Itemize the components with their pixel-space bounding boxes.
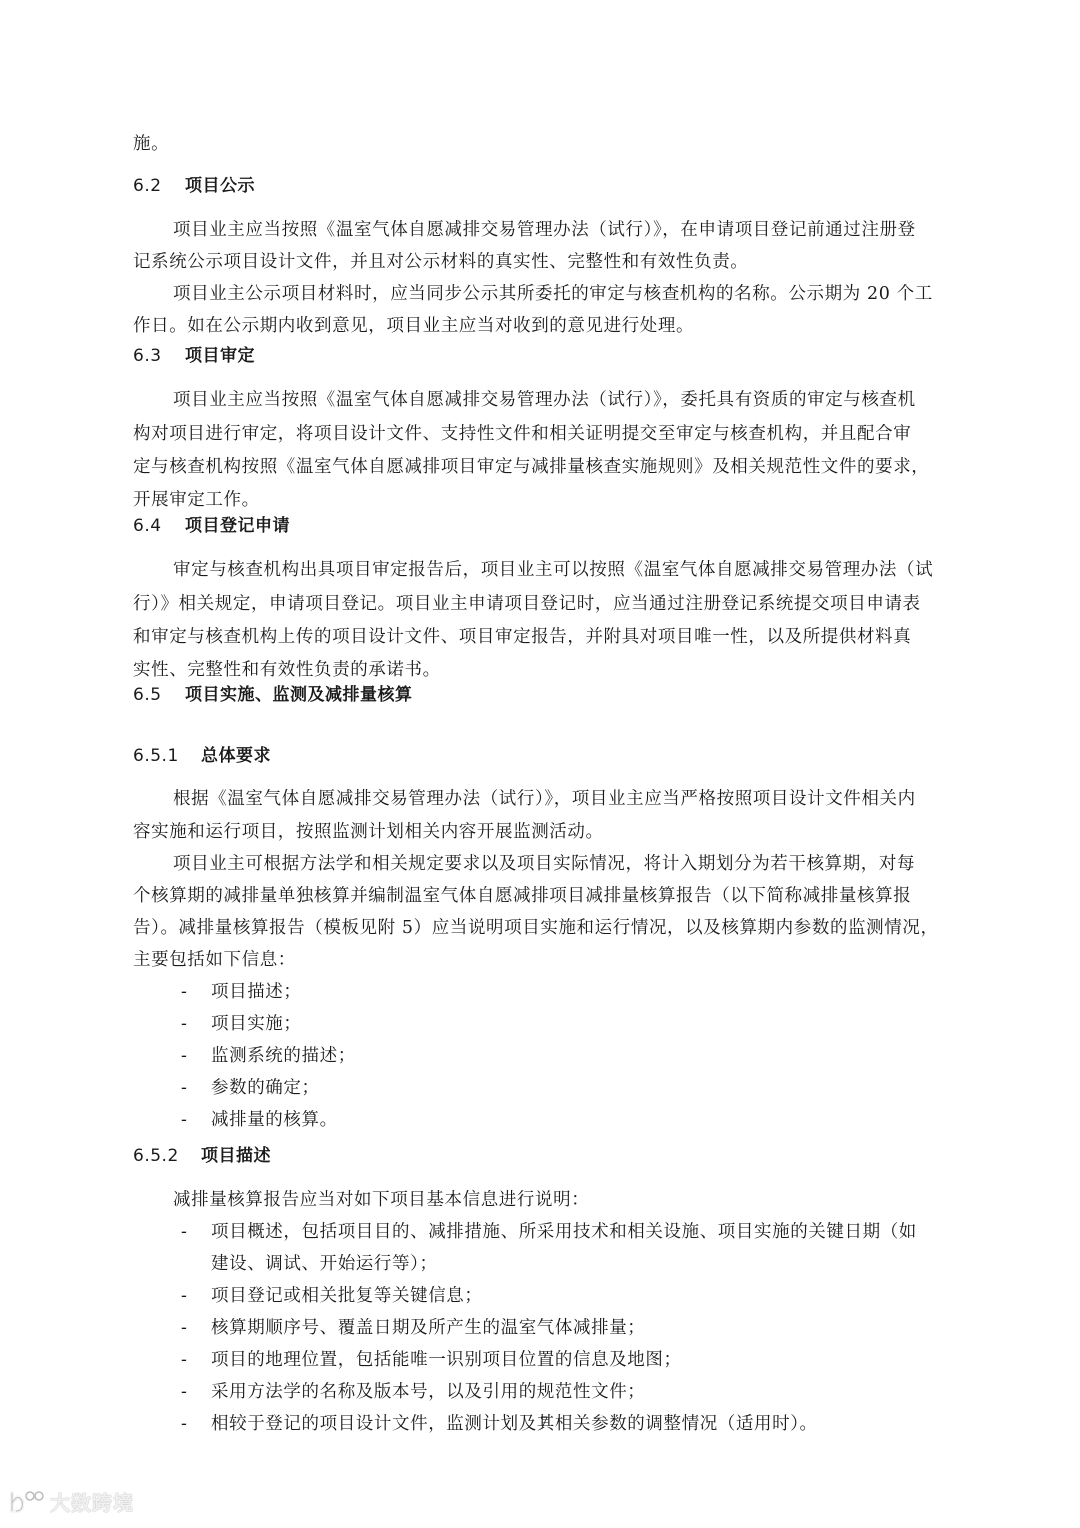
kuajing-logo-icon (8, 1489, 44, 1515)
paragraph-line: 定与核查机构按照《温室气体自愿减排项目审定与减排量核查实施规则》及相关规范性文件… (133, 451, 929, 483)
list-item: -项目实施； (133, 1008, 302, 1040)
paragraph-line: 作日。如在公示期内收到意见，项目业主应当对收到的意见进行处理。 (133, 310, 694, 342)
bullet-dash: - (181, 1376, 188, 1408)
list-item-text: 项目登记或相关批复等关键信息； (211, 1286, 483, 1306)
bullet-dash: - (181, 1104, 188, 1136)
section-number: 6.5.2 (133, 1140, 201, 1172)
watermark: 大数跨境 (8, 1487, 134, 1516)
list-item: -核算期顺序号、覆盖日期及所产生的温室气体减排量； (133, 1312, 645, 1344)
paragraph-line: 记系统公示项目设计文件，并且对公示材料的真实性、完整性和有效性负责。 (133, 246, 748, 278)
list-item: -减排量的核算。 (133, 1104, 338, 1136)
paragraph-line: 个核算期的减排量单独核算并编制温室气体自愿减排项目减排量核算报告（以下简称减排量… (133, 880, 911, 912)
list-item-text: 核算期顺序号、覆盖日期及所产生的温室气体减排量； (211, 1318, 645, 1338)
list-item: -项目概述，包括项目目的、减排措施、所采用技术和相关设施、项目实施的关键日期（如 (133, 1216, 917, 1248)
bullet-dash: - (181, 1280, 188, 1312)
list-item: -采用方法学的名称及版本号，以及引用的规范性文件； (133, 1376, 645, 1408)
section-title: 总体要求 (201, 746, 271, 766)
section-title: 项目公示 (185, 176, 255, 196)
list-item: -参数的确定； (133, 1072, 320, 1104)
list-item-text: 采用方法学的名称及版本号，以及引用的规范性文件； (211, 1382, 645, 1402)
list-item-text: 项目概述，包括项目目的、减排措施、所采用技术和相关设施、项目实施的关键日期（如 (211, 1222, 917, 1242)
section-heading: 6.2项目公示 (133, 170, 255, 202)
page-number: 7 (540, 1414, 548, 1432)
bullet-dash: - (181, 1040, 188, 1072)
paragraph-line: 施。 (133, 128, 169, 160)
list-item-text: 减排量的核算。 (211, 1110, 338, 1130)
bullet-dash: - (181, 1408, 188, 1440)
bullet-dash: - (181, 1072, 188, 1104)
list-item-text: 项目的地理位置，包括能唯一识别项目位置的信息及地图； (211, 1350, 682, 1370)
list-item: -项目描述； (133, 976, 302, 1008)
section-number: 6.2 (133, 170, 185, 202)
paragraph-line: 行）》相关规定，申请项目登记。项目业主申请项目登记时，应当通过注册登记系统提交项… (133, 588, 921, 620)
bullet-dash: - (181, 1312, 188, 1344)
list-item: -监测系统的描述； (133, 1040, 356, 1072)
paragraph-line: 项目业主可根据方法学和相关规定要求以及项目实际情况，将计入期划分为若干核算期，对… (133, 848, 915, 880)
list-item-text: 相较于登记的项目设计文件，监测计划及其相关参数的调整情况（适用时）。 (211, 1414, 818, 1434)
paragraph-line: 项目业主公示项目材料时，应当同步公示其所委托的审定与核查机构的名称。公示期为 2… (133, 278, 933, 310)
section-title: 项目审定 (185, 346, 255, 366)
paragraph-line: 项目业主应当按照《温室气体自愿减排交易管理办法（试行）》，在申请项目登记前通过注… (133, 214, 916, 246)
paragraph-line: 审定与核查机构出具项目审定报告后，项目业主可以按照《温室气体自愿减排交易管理办法… (133, 554, 933, 586)
list-item-text: 参数的确定； (211, 1078, 320, 1098)
bullet-dash: - (181, 976, 188, 1008)
bullet-dash: - (181, 1344, 188, 1376)
bullet-dash: - (181, 1008, 188, 1040)
watermark-text: 大数跨境 (50, 1487, 134, 1516)
paragraph-line: 和审定与核查机构上传的项目设计文件、项目审定报告，并附具对项目唯一性，以及所提供… (133, 621, 911, 653)
section-number: 6.3 (133, 340, 185, 372)
paragraph-line: 主要包括如下信息： (133, 944, 296, 976)
paragraph-line: 根据《温室气体自愿减排交易管理办法（试行）》，项目业主应当严格按照项目设计文件相… (133, 783, 916, 815)
list-item-text: 项目描述； (211, 982, 302, 1002)
section-heading: 6.5.1总体要求 (133, 740, 271, 772)
section-heading: 6.5.2项目描述 (133, 1140, 271, 1172)
list-item-continuation: 建设、调试、开始运行等）； (133, 1248, 438, 1280)
list-item-text: 监测系统的描述； (211, 1046, 356, 1066)
bullet-dash: - (181, 1216, 188, 1248)
list-item: -相较于登记的项目设计文件，监测计划及其相关参数的调整情况（适用时）。 (133, 1408, 818, 1440)
paragraph-line: 告）。减排量核算报告（模板见附 5）应当说明项目实施和运行情况，以及核算期内参数… (133, 912, 939, 944)
paragraph-line: 项目业主应当按照《温室气体自愿减排交易管理办法（试行）》，委托具有资质的审定与核… (133, 384, 916, 416)
section-number: 6.4 (133, 510, 185, 542)
list-item: -项目登记或相关批复等关键信息； (133, 1280, 483, 1312)
section-number: 6.5.1 (133, 740, 201, 772)
list-item-text: 项目实施； (211, 1014, 302, 1034)
section-title: 项目描述 (201, 1146, 271, 1166)
section-heading: 6.4项目登记申请 (133, 510, 290, 542)
section-heading: 6.5项目实施、监测及减排量核算 (133, 679, 413, 711)
section-number: 6.5 (133, 679, 185, 711)
section-title: 项目实施、监测及减排量核算 (185, 685, 413, 705)
paragraph-line: 构对项目进行审定，将项目设计文件、支持性文件和相关证明提交至审定与核查机构，并且… (133, 418, 911, 450)
section-title: 项目登记申请 (185, 516, 290, 536)
paragraph-line: 减排量核算报告应当对如下项目基本信息进行说明： (133, 1184, 589, 1216)
list-item: -项目的地理位置，包括能唯一识别项目位置的信息及地图； (133, 1344, 682, 1376)
section-heading: 6.3项目审定 (133, 340, 255, 372)
paragraph-line: 容实施和运行项目，按照监测计划相关内容开展监测活动。 (133, 816, 604, 848)
